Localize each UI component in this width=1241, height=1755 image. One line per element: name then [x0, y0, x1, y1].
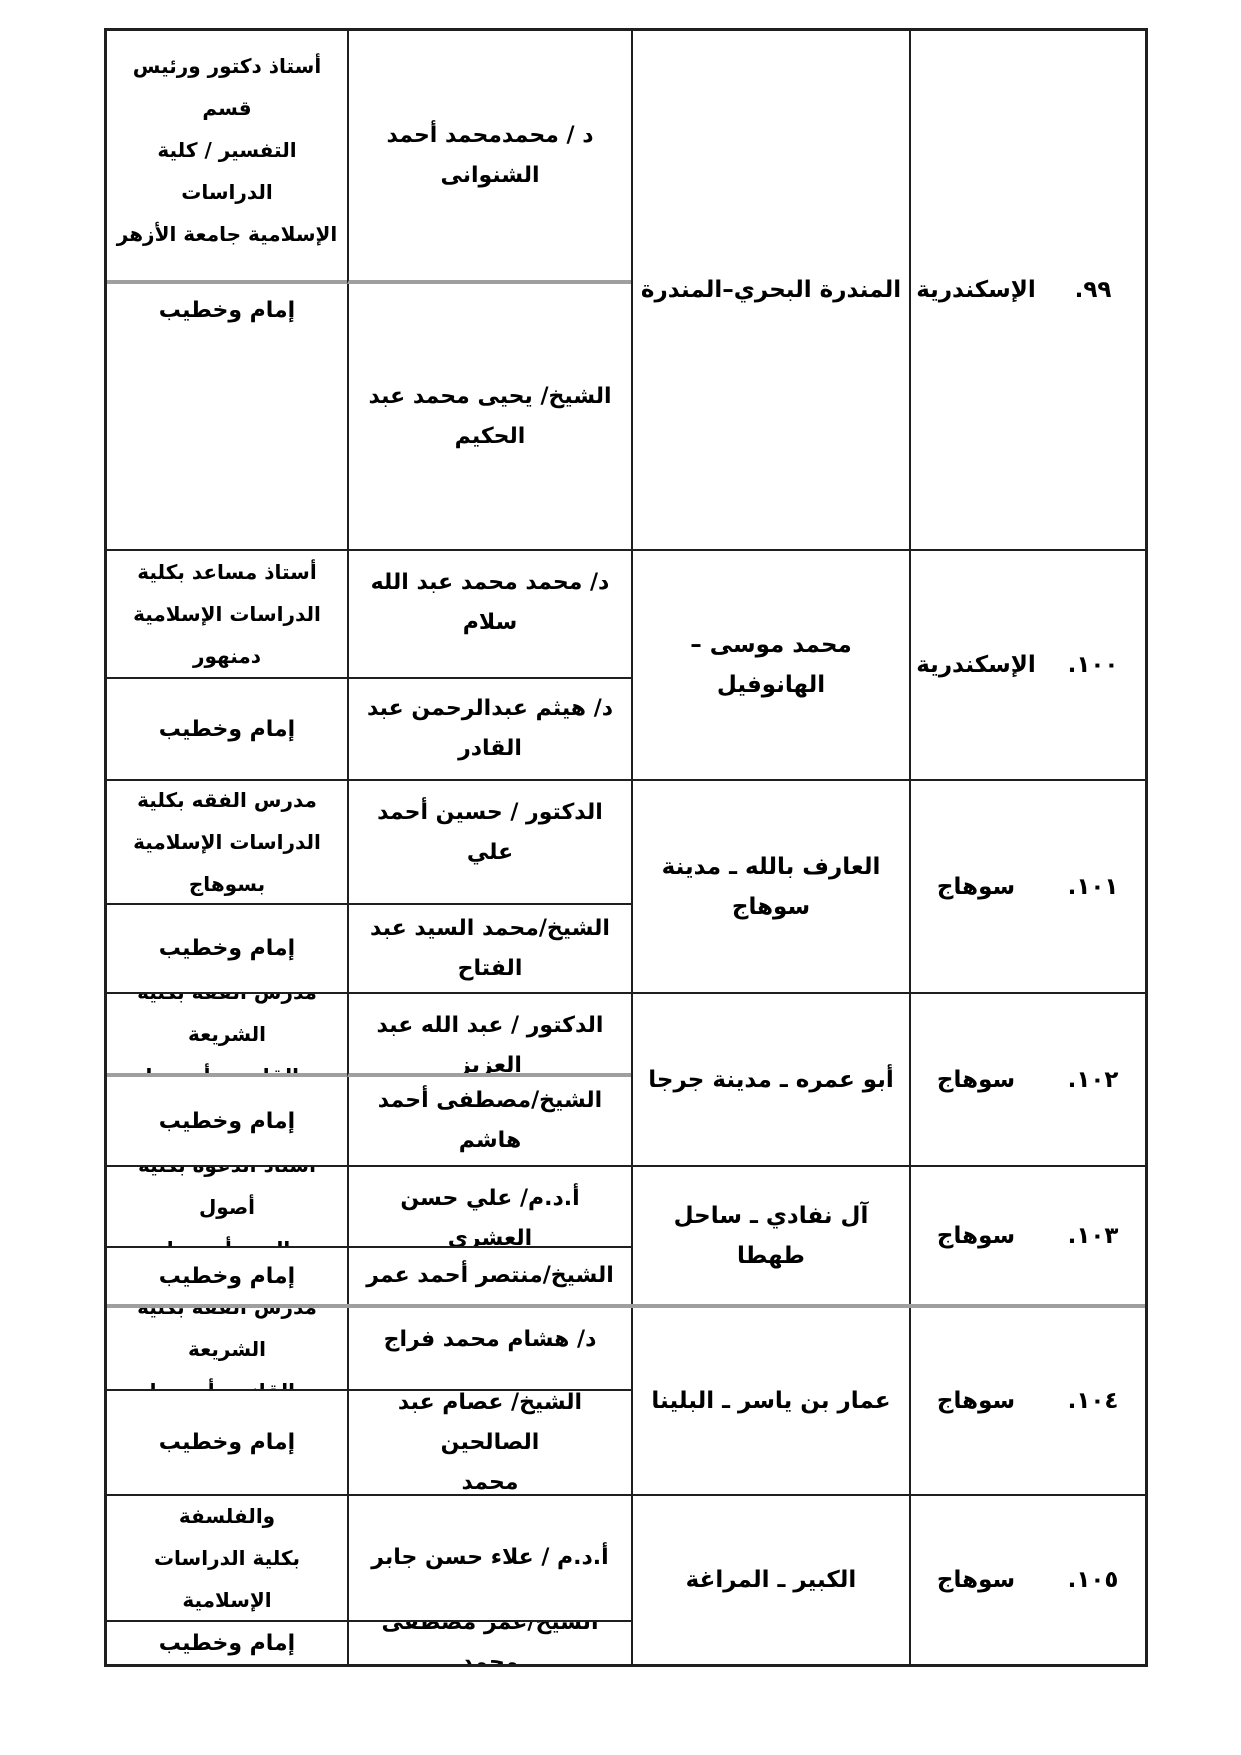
mosque-name-cell: محمد موسى –الهانوفيل: [631, 551, 909, 779]
row-number-cell: ١٠١.: [1041, 781, 1145, 992]
table-row: ٩٩. الإسكندرية المندرة البحري–المندرة د …: [107, 31, 1145, 551]
academic-title-cell: مدرس الفقه بكلية الشريعة والقانون بأسيوط: [107, 994, 347, 1077]
imam-role-cell: إمام وخطيب: [107, 1077, 347, 1165]
table-row: ١٠٣. سوهاج آل نفادي ـ ساحل طهطا أ.د.م/ ع…: [107, 1167, 1145, 1308]
doctor-name-cell: أ.د.م/ علي حسن العشري: [347, 1167, 631, 1248]
academic-title-cell: مدرس الفقه بكلية الدراسات الإسلامية بسوه…: [107, 781, 347, 905]
table-row: ١٠٢. سوهاج أبو عمره ـ مدينة جرجا الدكتور…: [107, 994, 1145, 1167]
mosques-imams-table: ٩٩. الإسكندرية المندرة البحري–المندرة د …: [104, 28, 1148, 1667]
doctor-name-cell: د / محمدمحمد أحمد الشنوانى: [347, 31, 631, 284]
doctor-name-cell: د/ هشام محمد فراج: [347, 1308, 631, 1391]
mosque-name-cell: آل نفادي ـ ساحل طهطا: [631, 1167, 909, 1304]
doctor-name-cell: د/ محمد محمد عبد الله سلام: [347, 551, 631, 679]
governorate-cell: سوهاج: [909, 1308, 1041, 1494]
academic-title-cell: أستاذ العقيدة والفلسفة بكلية الدراسات ال…: [107, 1496, 347, 1622]
governorate-cell: سوهاج: [909, 994, 1041, 1165]
row-number-cell: ١٠٠.: [1041, 551, 1145, 779]
table-row: ١٠٥. سوهاج الكبير ـ المراغة أ.د.م / علاء…: [107, 1496, 1145, 1664]
doctor-name-cell: أ.د.م / علاء حسن جابر: [347, 1496, 631, 1622]
academic-title-cell: أستاذ دكتور ورئيس قسم التفسير / كلية الد…: [107, 31, 347, 284]
sheikh-name-cell: الشيخ/مصطفى أحمد هاشم: [347, 1077, 631, 1165]
row-number-cell: ١٠٢.: [1041, 994, 1145, 1165]
table-row: ١٠٠. الإسكندرية محمد موسى –الهانوفيل د/ …: [107, 551, 1145, 781]
mosque-name-cell: العارف بالله ـ مدينة سوهاج: [631, 781, 909, 992]
imam-role-cell: إمام وخطيب: [107, 1391, 347, 1494]
sheikh-name-cell: الشيخ/عمر مصطفى محمد: [347, 1622, 631, 1664]
table-row: ١٠٤. سوهاج عمار بن ياسر ـ البلينا د/ هشا…: [107, 1308, 1145, 1496]
academic-title-cell: مدرس الفقه بكلية الشريعة والقانون أسيوط: [107, 1308, 347, 1391]
row-number-cell: ٩٩.: [1041, 31, 1145, 549]
sheikh-name-cell: الشيخ/محمد السيد عبد الفتاح: [347, 905, 631, 992]
governorate-cell: الإسكندرية: [909, 551, 1041, 779]
imam-role-cell: إمام وخطيب: [107, 905, 347, 992]
imam-role-cell: إمام وخطيب: [107, 1248, 347, 1304]
document-page: ٩٩. الإسكندرية المندرة البحري–المندرة د …: [0, 0, 1241, 1755]
imam-role-cell: إمام وخطيب: [107, 1622, 347, 1664]
doctor-name-cell: الدكتور / عبد الله عبد العزيز: [347, 994, 631, 1077]
row-number-cell: ١٠٤.: [1041, 1308, 1145, 1494]
imam-role-cell: إمام وخطيب: [107, 679, 347, 779]
mosque-name-cell: الكبير ـ المراغة: [631, 1496, 909, 1664]
academic-title-cell: أستاذ مساعد بكلية الدراسات الإسلامية دمن…: [107, 551, 347, 679]
imam-role-cell: إمام وخطيب: [107, 284, 347, 549]
mosque-name-cell: عمار بن ياسر ـ البلينا: [631, 1308, 909, 1494]
table-row: ١٠١. سوهاج العارف بالله ـ مدينة سوهاج ال…: [107, 781, 1145, 994]
row-number-cell: ١٠٥.: [1041, 1496, 1145, 1664]
mosque-name-cell: أبو عمره ـ مدينة جرجا: [631, 994, 909, 1165]
governorate-cell: سوهاج: [909, 1167, 1041, 1304]
governorate-cell: سوهاج: [909, 781, 1041, 992]
row-number-cell: ١٠٣.: [1041, 1167, 1145, 1304]
mosque-name-cell: المندرة البحري–المندرة: [631, 31, 909, 549]
governorate-cell: الإسكندرية: [909, 31, 1041, 549]
sheikh-name-cell: الشيخ/ عصام عبد الصالحين محمد: [347, 1391, 631, 1494]
doctor-name-cell: الدكتور / حسين أحمد علي: [347, 781, 631, 905]
sheikh-name-cell: الشيخ/منتصر أحمد عمر: [347, 1248, 631, 1304]
sheikh-name-cell: د/ هيثم عبدالرحمن عبد القادر: [347, 679, 631, 779]
sheikh-name-cell: الشيخ/ يحيى محمد عبد الحكيم: [347, 284, 631, 549]
governorate-cell: سوهاج: [909, 1496, 1041, 1664]
academic-title-cell: أستاذ الدعوة بكلية أصول الدين أسيوط: [107, 1167, 347, 1248]
